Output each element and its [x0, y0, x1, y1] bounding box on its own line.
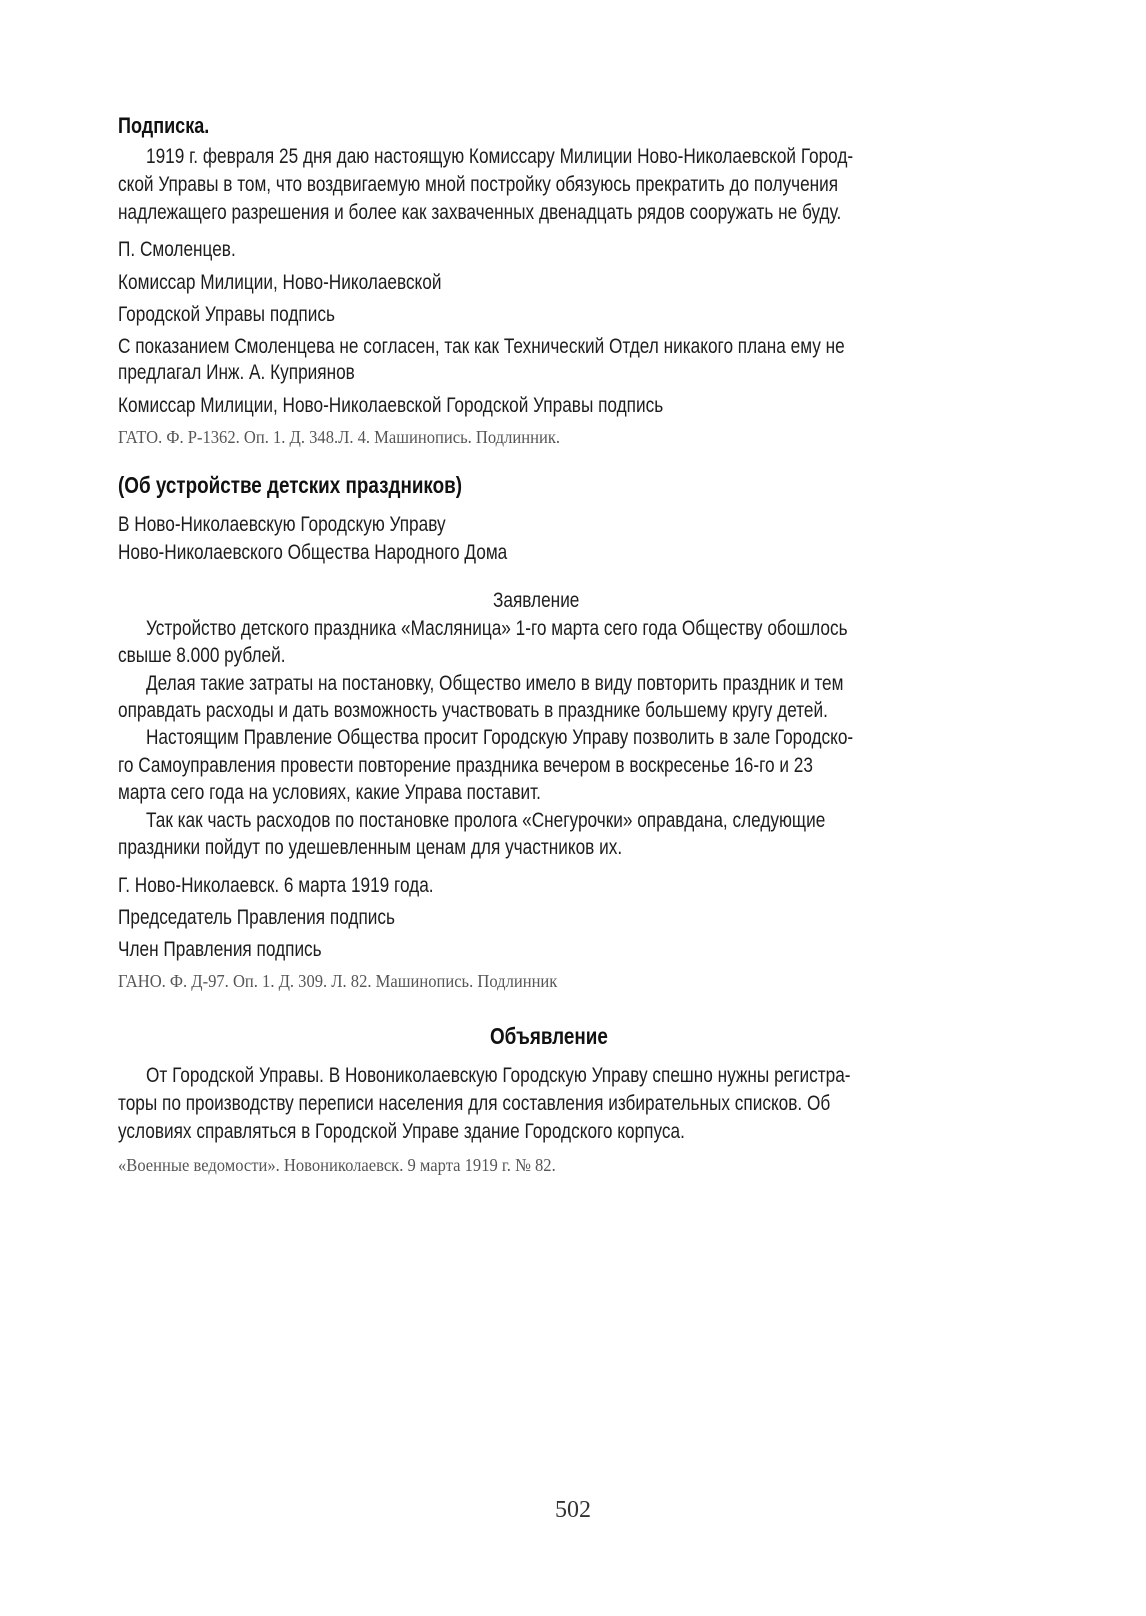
objection-line: С показанием Смоленцева не согласен, так…: [118, 336, 845, 357]
place-date-line: Г. Ново-Николаевск. 6 марта 1919 года.: [118, 875, 434, 896]
section-title-holidays: (Об устройстве детских праздников): [118, 474, 462, 497]
member-signature: Член Правления подпись: [118, 939, 322, 960]
document-type-label: Заявление: [493, 590, 579, 611]
paragraph-line: Делая такие затраты на постановку, Общес…: [146, 673, 843, 694]
address-line: В Ново-Николаевскую Городскую Управу: [118, 514, 446, 535]
commissar-full-line: Комиссар Милиции, Ново-Николаевской Горо…: [118, 395, 663, 416]
archive-source: ГАТО. Ф. Р-1362. Оп. 1. Д. 348.Л. 4. Маш…: [118, 428, 560, 446]
paragraph-line: праздники пойдут по удешевленным ценам д…: [118, 837, 622, 858]
commissar-line: Комиссар Милиции, Ново-Николаевской: [118, 272, 441, 293]
document-page: Подписка. 1919 г. февраля 25 дня даю нас…: [0, 0, 1146, 1616]
paragraph-line: надлежащего разрешения и более как захва…: [118, 202, 841, 223]
section-title-announcement: Объявление: [490, 1025, 608, 1048]
signature-line: П. Смоленцев.: [118, 239, 236, 260]
newspaper-source: «Военные ведомости». Новониколаевск. 9 м…: [118, 1156, 556, 1174]
objection-line: предлагал Инж. А. Куприянов: [118, 362, 355, 383]
paragraph-line: го Самоуправления провести повторение пр…: [118, 755, 813, 776]
paragraph-line: оправдать расходы и дать возможность уча…: [118, 700, 828, 721]
page-number: 502: [0, 1497, 1146, 1524]
section-title-podpiska: Подписка.: [118, 115, 209, 137]
chairman-signature: Председатель Правления подпись: [118, 907, 395, 928]
paragraph-line: ской Управы в том, что воздвигаемую мной…: [118, 174, 838, 195]
archive-source: ГАНО. Ф. Д-97. Оп. 1. Д. 309. Л. 82. Маш…: [118, 972, 557, 990]
paragraph-line: торы по производству переписи населения …: [118, 1093, 830, 1114]
paragraph-line: От Городской Управы. В Новониколаевскую …: [146, 1065, 851, 1086]
paragraph-line: свыше 8.000 рублей.: [118, 645, 285, 666]
paragraph-line: Настоящим Правление Общества просит Горо…: [146, 727, 853, 748]
paragraph-line: 1919 г. февраля 25 дня даю настоящую Ком…: [146, 146, 853, 167]
commissar-line: Городской Управы подпись: [118, 304, 335, 325]
paragraph-line: марта сего года на условиях, какие Управ…: [118, 782, 541, 803]
paragraph-line: Устройство детского праздника «Масляница…: [146, 618, 848, 639]
paragraph-line: условиях справляться в Городской Управе …: [118, 1121, 685, 1142]
paragraph-line: Так как часть расходов по постановке про…: [146, 810, 825, 831]
address-line: Ново-Николаевского Общества Народного До…: [118, 542, 507, 563]
